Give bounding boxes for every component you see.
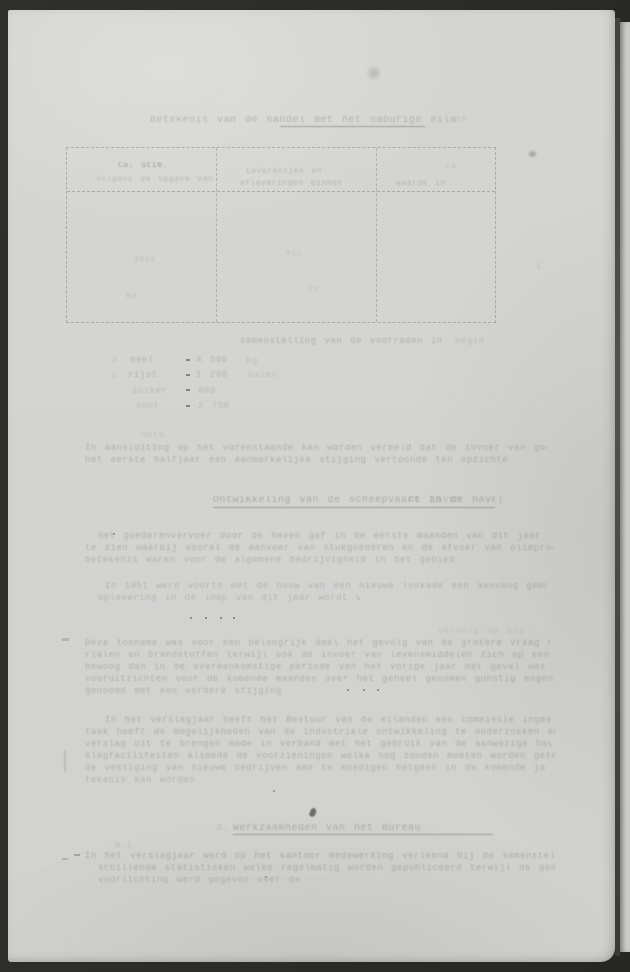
ghost-text-line: zout [136,402,170,411]
ghost-text-line: 1 200 [196,371,238,380]
ghost-text-line: In 1951 werd voorts met de bouw van een … [105,582,547,591]
ghost-text-line: betekenis waren voor de algemene bedrijv… [85,556,477,565]
ghost-text-line: het eerste halfjaar een aanmerkelijke st… [85,456,515,465]
ghost-text-line: Werkzaamheden van het Bureau [233,824,493,834]
ghost-text-line: 3. [216,824,230,834]
table-header-rule [67,191,495,192]
dot-mark [233,617,235,619]
ghost-text-line: kg [246,357,264,366]
ghost-text-line: a.i. [115,841,145,850]
ghost-text-line: rijst [128,371,172,380]
ghost-text-line: In aansluiting op het vorenstaande kan w… [85,444,547,453]
table-column-rule [376,148,377,322]
ghost-text-line: begin [455,337,503,346]
ghost-text-line: oplevering in de loop van dit jaar wordt… [98,594,360,603]
ghost-text-line: schillende statistieken welke regelmatig… [98,864,556,873]
ghost-text-line: 1. [536,263,548,271]
dash-mark [186,389,190,391]
dot-mark [205,617,207,619]
ghost-text-line: te zien waarbij vooral de aanvoer van st… [85,544,553,553]
ghost-text-line: rialen en brandstoffen terwijl ook de in… [85,651,553,660]
adjacent-page-edge [620,22,630,952]
ghost-text-line: balen [248,371,308,380]
ghost-text-line: Het goederenvervoer door de haven gaf in… [98,532,548,541]
dot-mark [190,617,192,619]
ghost-text-line: taak heeft de mogelijkheden van de indus… [85,728,555,737]
dash-mark [62,638,69,641]
ghost-text-line: voorlichting werd gegeven over de [98,876,316,885]
line-mark [280,126,425,127]
ghost-text-line: samenstelling van de voorraden in het en… [240,337,448,346]
ghost-text-line: Deze toename was voor een belangrijk dee… [85,639,551,648]
line-mark [233,834,493,835]
dash-mark [186,374,190,376]
stain-mark [366,66,382,80]
dot-mark [265,876,267,878]
ghost-text-line: 2 750 [198,402,242,411]
ghost-text-line: vervolg op blz [438,627,534,636]
dash-mark [74,854,80,856]
ghost-text-line: de vestiging van nieuwe bedrijven aan te… [85,764,545,773]
ghost-text-line: nota [141,431,175,440]
dash-mark [186,405,190,407]
ghost-text-line: Ontwikkeling van de scheepvaart in de ha… [213,496,495,506]
ghost-text-line: de haven [408,496,494,506]
ghost-text-line: meel [130,356,170,365]
dot-mark [377,689,379,691]
ghost-text-line: a [112,356,124,365]
ghost-text-line: In het verslagjaar werd op het kantoor m… [85,852,555,861]
line-mark [213,507,495,508]
dot-mark [273,790,275,792]
ghost-text-line: 4 500 [196,356,242,365]
dash-mark [62,858,68,860]
ghost-text-line: suiker [132,387,170,396]
ghost-text-line: tekenis kan worden [85,776,235,785]
ghost-text-line: verslag uit te brengen mede in verband m… [85,740,551,749]
ghost-text-line: b [112,372,124,381]
dot-mark [220,617,222,619]
ghost-text-line: 800 [198,387,238,396]
book-page: Ca. Stim. Betekenis van de handel met he… [8,10,615,962]
ghost-text-line: In het verslagjaar heeft het Bestuur van… [105,716,553,725]
dash-mark [186,359,190,361]
dot-mark [113,533,115,535]
ghost-text-line: nr [455,116,481,126]
book-scan-background: Ca. Stim. Betekenis van de handel met he… [0,0,630,972]
blot-mark [529,151,536,157]
faded-table [66,147,496,323]
ghost-text-line: bewoog dan in de overeenkomstige periode… [85,663,549,672]
ghost-text-line: slagfaciliteiten alsmede de voorzieninge… [85,752,555,761]
ghost-text-line: Betekenis van de handel met het naburige… [150,116,456,126]
ghost-text-line: genoemd met een verdere stijging [85,687,337,696]
ghost-text-line: vooruitzichten voor de komende maanden o… [85,675,553,684]
dot-mark [347,689,349,691]
vline-mark [64,750,66,772]
ghost-text-line: ( [498,496,506,506]
table-column-rule [216,148,217,322]
dot-mark [363,689,365,691]
pen-mark [308,807,317,818]
